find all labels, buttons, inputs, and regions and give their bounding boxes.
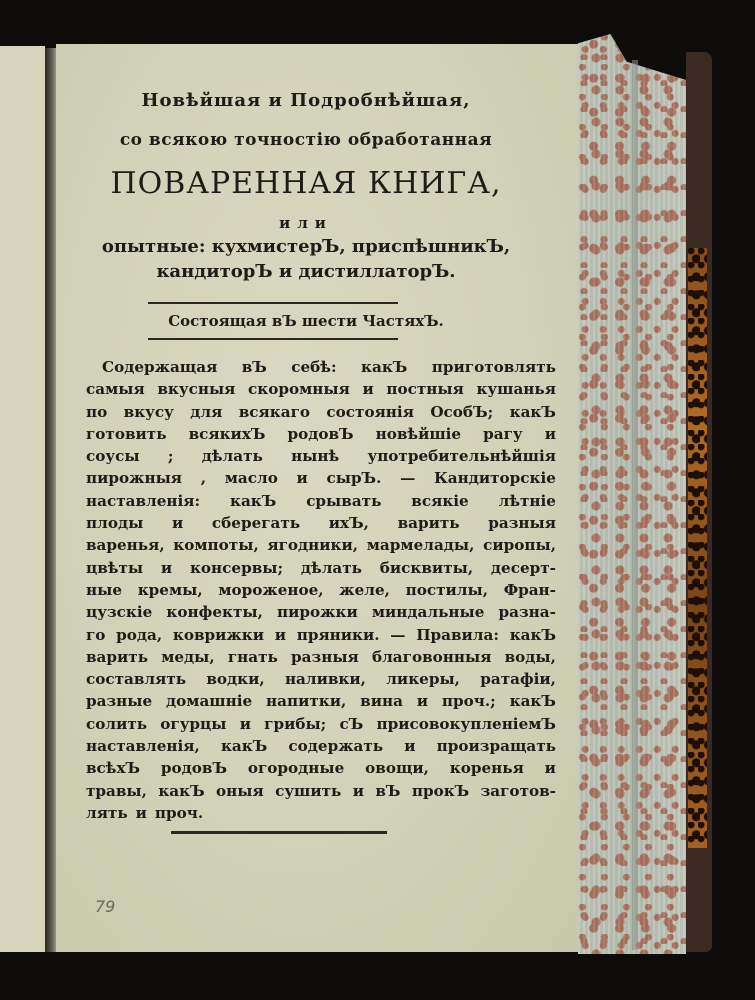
word: постилы,: [406, 579, 488, 601]
word: разна-: [499, 601, 556, 623]
paragraph-line: СодержащаявЪсебѣ:какЪприготовлять: [86, 356, 556, 378]
word: и: [172, 512, 183, 534]
word: разныя: [291, 646, 359, 668]
word: какЪ: [230, 490, 276, 512]
main-title: ПОВАРЕННАЯ КНИГА,: [56, 166, 556, 201]
word: мороженое,: [218, 579, 323, 601]
paragraph-line: варенья,компоты,ягодники,мармелады,сироп…: [86, 534, 556, 556]
word: разныя: [488, 512, 556, 534]
word: соусы: [86, 445, 140, 467]
paragraph-line: города,коврижкиипряники.—Правила:какЪ: [86, 624, 556, 646]
title-line-6: кандиторЪ и дистиллаторЪ.: [56, 261, 556, 282]
word: какЪ: [510, 690, 556, 712]
word: и: [161, 557, 172, 579]
word: заготов-: [481, 780, 556, 802]
word: десерт-: [491, 557, 556, 579]
title-line-1: Новѣйшая и Подробнѣйшая,: [56, 90, 556, 111]
word: всякихЪ: [189, 423, 266, 445]
word: сберегать: [212, 512, 300, 534]
word: напитки,: [266, 690, 346, 712]
paragraph-line: готовитьвсякихЪродовЪновѣйшіерагуи: [86, 423, 556, 445]
word: по: [86, 401, 107, 423]
word: и: [297, 467, 308, 489]
word: ягодники,: [267, 534, 358, 556]
word: грибы;: [264, 713, 326, 735]
word: вкусу: [124, 401, 174, 423]
paragraph-line: травы,какЪоныясушитьивЪпрокЪзаготов-: [86, 780, 556, 802]
word: произращать: [437, 735, 556, 757]
subtitle: Состоящая вЪ шести ЧастяхЪ.: [56, 312, 556, 330]
word: желе,: [339, 579, 390, 601]
word: и: [353, 780, 364, 802]
word: вЪ: [242, 356, 267, 378]
word: вина: [360, 690, 403, 712]
word: плоды: [86, 512, 143, 534]
word: какЪ: [510, 624, 556, 646]
paragraph-line: соусы;дѣлатьнынѣупотребительнѣйшія: [86, 445, 556, 467]
word: варить: [86, 646, 148, 668]
word: —: [400, 467, 415, 489]
paragraph-line: наставленія,какЪсодержатьипроизращать: [86, 735, 556, 757]
word: бисквиты,: [380, 557, 473, 579]
word: какЪ: [361, 356, 407, 378]
paragraph-line: всѣхЪродовЪогородныеовощи,кореньяи: [86, 757, 556, 779]
word: коврижки: [173, 624, 264, 646]
word: консервы;: [190, 557, 283, 579]
word: вкусныя: [157, 378, 235, 400]
paragraph-line: самыявкусныяскоромныяипостныякушанья: [86, 378, 556, 400]
word: овощи,: [365, 757, 429, 779]
word: сЪ: [339, 713, 363, 735]
word: дѣлать: [202, 445, 263, 467]
word: ОсобЪ;: [430, 401, 493, 423]
word: лѣтніе: [499, 490, 556, 512]
word: Правила:: [416, 624, 499, 646]
word: срывать: [306, 490, 381, 512]
paragraph-line: варитьмеды,гнатьразныяблаговонныяводы,: [86, 646, 556, 668]
word: водки,: [206, 668, 264, 690]
word: наливки,: [285, 668, 366, 690]
paragraph-line: плодыисберегатьихЪ,варитьразныя: [86, 512, 556, 534]
word: домашніе: [166, 690, 252, 712]
paragraph-line: ныекремы,мороженое,желе,постилы,Фран-: [86, 579, 556, 601]
word: самыя: [86, 378, 145, 400]
word: состоянія: [326, 401, 414, 423]
paragraph-line: разныедомашніенапитки,винаипроч.;какЪ: [86, 690, 556, 712]
word: ные: [86, 579, 122, 601]
word: цузскіе: [86, 601, 152, 623]
word: и: [362, 378, 373, 400]
word: Кандиторскіе: [434, 467, 556, 489]
word: кремы,: [138, 579, 203, 601]
word: какЪ: [158, 780, 204, 802]
word: варенья,: [86, 534, 165, 556]
word: родовЪ: [287, 423, 353, 445]
word: родовЪ: [161, 757, 227, 779]
word: меды,: [161, 646, 215, 668]
word: проч.;: [442, 690, 496, 712]
word: го: [86, 624, 105, 646]
word: оныя: [216, 780, 264, 802]
word: разные: [86, 690, 152, 712]
word: огородные: [248, 757, 344, 779]
word: пряники.: [297, 624, 380, 646]
divider-rule-top: [148, 302, 398, 304]
word: Содержащая: [102, 356, 217, 378]
paragraph-line: пирожныя,маслоисырЪ.—Кандиторскіе: [86, 467, 556, 489]
title-page-content: Новѣйшая и Подробнѣйшая, со всякою точно…: [56, 44, 592, 952]
word: огурцы: [160, 713, 226, 735]
word: вЪ: [375, 780, 400, 802]
divider-rule-middle: [148, 338, 398, 340]
word: ихЪ,: [329, 512, 369, 534]
word: ликеры,: [386, 668, 460, 690]
word: и: [136, 802, 147, 824]
word: масло: [225, 467, 278, 489]
word: кушанья: [476, 378, 556, 400]
word: присовокупленіемЪ: [376, 713, 556, 735]
word: мармелады,: [367, 534, 475, 556]
word: всякіе: [411, 490, 468, 512]
word: какЪ: [510, 401, 556, 423]
word: воды,: [505, 646, 556, 668]
word: коренья: [450, 757, 524, 779]
marbled-cover-edge: [688, 248, 707, 848]
word: и: [545, 757, 556, 779]
word: цвѣты: [86, 557, 143, 579]
word: какЪ: [221, 735, 267, 757]
word: новѣйшіе: [376, 423, 462, 445]
word: приготовлять: [432, 356, 556, 378]
word: и: [417, 690, 428, 712]
word: прокЪ: [412, 780, 469, 802]
word: и: [275, 624, 286, 646]
word: миндальные: [372, 601, 485, 623]
word: себѣ:: [291, 356, 336, 378]
title-conjunction: или: [56, 214, 556, 232]
word: всякаго: [239, 401, 310, 423]
word: наставленія,: [86, 735, 200, 757]
paragraph-line: наставленія:какЪсрыватьвсякіелѣтніе: [86, 490, 556, 512]
book-gutter: [45, 48, 56, 952]
paragraph-line: цузскіеконфекты,пирожкиминдальныеразна-: [86, 601, 556, 623]
word: сушить: [275, 780, 341, 802]
word: варить: [398, 512, 460, 534]
word: Фран-: [504, 579, 556, 601]
word: и: [545, 423, 556, 445]
handwritten-page-number: 79: [95, 897, 115, 916]
word: готовить: [86, 423, 167, 445]
page-edge-seam: [632, 60, 638, 950]
word: всѣхЪ: [86, 757, 140, 779]
word: ,: [201, 467, 206, 489]
word: нынѣ: [291, 445, 339, 467]
word: пирожныя: [86, 467, 182, 489]
word: и: [404, 735, 415, 757]
paragraph-line: повкусудлявсякагосостояніяОсобЪ;какЪ: [86, 401, 556, 423]
word: употребительнѣйшія: [367, 445, 556, 467]
word: проч.: [155, 802, 203, 824]
title-line-2: со всякою точностію обработанная: [56, 130, 556, 150]
contents-paragraph: СодержащаявЪсебѣ:какЪприготовлятьсамыявк…: [86, 356, 556, 824]
word: постныя: [386, 378, 463, 400]
word: конфекты,: [166, 601, 262, 623]
word: содержать: [288, 735, 383, 757]
word: скоромныя: [248, 378, 350, 400]
word: гнать: [228, 646, 278, 668]
paragraph-line: солитьогурцыигрибы;сЪприсовокупленіемЪ: [86, 713, 556, 735]
word: ;: [168, 445, 174, 467]
word: солить: [86, 713, 147, 735]
word: сырЪ.: [326, 467, 381, 489]
word: наставленія:: [86, 490, 200, 512]
facing-left-page: [0, 46, 45, 952]
word: травы,: [86, 780, 147, 802]
word: ратафіи,: [480, 668, 556, 690]
word: дѣлать: [301, 557, 362, 579]
word: для: [190, 401, 222, 423]
paragraph-line: цвѣтыиконсервы;дѣлатьбисквиты,десерт-: [86, 557, 556, 579]
word: компоты,: [173, 534, 258, 556]
paragraph-line: составлятьводки,наливки,ликеры,ратафіи,: [86, 668, 556, 690]
title-line-5: опытные: кухмистерЪ, приспѣшникЪ,: [66, 236, 546, 257]
word: лять: [86, 802, 128, 824]
word: сиропы,: [483, 534, 556, 556]
word: рода,: [116, 624, 162, 646]
word: пирожки: [277, 601, 358, 623]
word: и: [240, 713, 251, 735]
word: благовонныя: [372, 646, 491, 668]
paragraph-line: лятьипроч.: [86, 802, 556, 824]
word: составлять: [86, 668, 186, 690]
word: рагу: [483, 423, 523, 445]
divider-rule-bottom: [171, 831, 387, 834]
word: —: [390, 624, 405, 646]
